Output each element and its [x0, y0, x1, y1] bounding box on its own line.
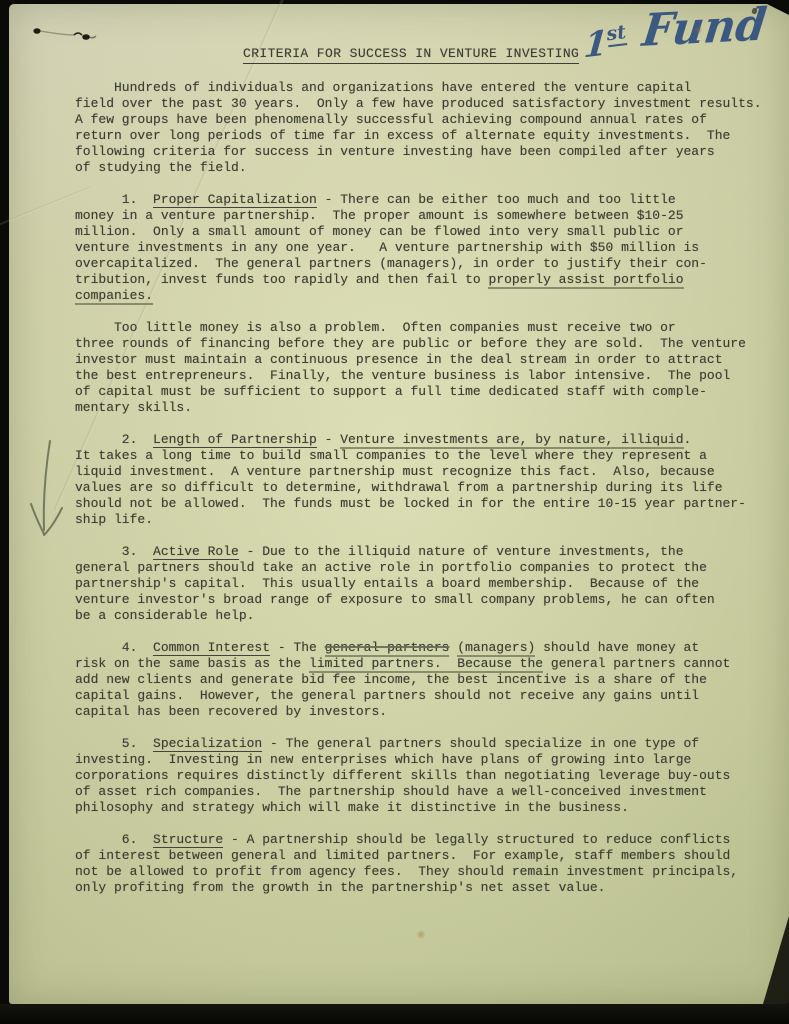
paragraph-item-6-structure: 6. Structure - A partnership should be l…: [75, 832, 783, 896]
annotated-text-segment: Venture investments are, by nature, illi…: [340, 432, 683, 449]
text-line: money in a venture partnership. The prop…: [75, 208, 783, 224]
text-segment: liquid investment. A venture partnership…: [75, 464, 715, 479]
text-line: should not be allowed. The funds must be…: [75, 496, 783, 512]
text-line: 1. Proper Capitalization - There can be …: [75, 192, 783, 208]
text-line: venture investments in any one year. A v…: [75, 240, 783, 256]
text-segment: - The: [270, 640, 325, 655]
text-line: A few groups have been phenomenally succ…: [75, 112, 783, 128]
text-segment: of interest between general and limited …: [75, 848, 730, 863]
text-segment: values are so difficult to determine, wi…: [75, 480, 723, 495]
text-line: risk on the same basis as the limited pa…: [75, 656, 783, 672]
paragraph-item-5-specialization: 5. Specialization - The general partners…: [75, 736, 783, 816]
text-segment: 2.: [75, 432, 153, 447]
text-segment: - A partnership should be legally struct…: [223, 832, 730, 847]
text-segment: venture investments in any one year. A v…: [75, 240, 699, 255]
text-line: partnership's capital. This usually enta…: [75, 576, 783, 592]
text-line: liquid investment. A venture partnership…: [75, 464, 783, 480]
text-segment: 5.: [75, 736, 153, 751]
scan-edge-bottom: [0, 1004, 789, 1024]
paragraph-item-4-common-interest: 4. Common Interest - The general partner…: [75, 640, 783, 720]
text-segment: mentary skills.: [75, 400, 192, 415]
text-line: investing. Investing in new enterprises …: [75, 752, 783, 768]
text-segment: of capital must be sufficient to support…: [75, 384, 707, 399]
text-segment: should have money at: [535, 640, 699, 655]
text-line: corporations requires distinctly differe…: [75, 768, 783, 784]
paragraph-item-3-active-role: 3. Active Role - Due to the illiquid nat…: [75, 544, 783, 624]
text-segment: -: [317, 432, 340, 447]
text-segment: - There can be either too much and too l…: [317, 192, 676, 207]
text-line: not be allowed to profit from agency fee…: [75, 864, 783, 880]
paragraph-item-2-length-of-partnership: 2. Length of Partnership - Venture inves…: [75, 432, 783, 528]
text-segment: corporations requires distinctly differe…: [75, 768, 730, 783]
text-segment: Hundreds of individuals and organization…: [75, 80, 691, 95]
text-segment: 6.: [75, 832, 153, 847]
text-line: philosophy and strategy which will make …: [75, 800, 783, 816]
text-segment: philosophy and strategy which will make …: [75, 800, 629, 815]
text-segment: Too little money is also a problem. Ofte…: [75, 320, 676, 335]
text-segment: return over long periods of time far in …: [75, 128, 730, 143]
annotated-text-segment: Proper Capitalization: [153, 192, 317, 208]
text-line: capital gains. However, the general part…: [75, 688, 783, 704]
text-line: following criteria for success in ventur…: [75, 144, 783, 160]
annotated-text-segment: Specialization: [153, 736, 262, 752]
text-line: mentary skills.: [75, 400, 783, 416]
text-segment: 3.: [75, 544, 153, 559]
annotated-text-segment: Common Interest: [153, 640, 270, 656]
text-line: venture investor's broad range of exposu…: [75, 592, 783, 608]
text-segment: of asset rich companies. The partnership…: [75, 784, 707, 799]
text-line: only profiting from the growth in the pa…: [75, 880, 783, 896]
text-line: general partners should take an active r…: [75, 560, 783, 576]
text-segment: be a considerable help.: [75, 608, 254, 623]
text-segment: only profiting from the growth in the pa…: [75, 880, 606, 895]
text-line: 3. Active Role - Due to the illiquid nat…: [75, 544, 783, 560]
text-line: Hundreds of individuals and organization…: [75, 80, 783, 96]
text-segment: investing. Investing in new enterprises …: [75, 752, 691, 767]
text-segment: three rounds of financing before they ar…: [75, 336, 746, 351]
text-segment: tribution, invest funds too rapidly and …: [75, 272, 488, 287]
annotated-text-segment: companies.: [75, 288, 153, 305]
handwritten-word: Fund: [640, 0, 770, 57]
text-segment: million. Only a small amount of money ca…: [75, 224, 684, 239]
text-line: of interest between general and limited …: [75, 848, 783, 864]
text-segment: capital gains. However, the general part…: [75, 688, 699, 703]
text-segment: risk on the same basis as the: [75, 656, 309, 671]
paragraph-intro: Hundreds of individuals and organization…: [75, 80, 783, 176]
text-line: field over the past 30 years. Only a few…: [75, 96, 783, 112]
staple-mark-icon: [30, 22, 102, 46]
text-segment: - Due to the illiquid nature of venture …: [239, 544, 684, 559]
text-line: It takes a long time to build small comp…: [75, 448, 783, 464]
text-segment: .: [684, 432, 692, 447]
text-segment: A few groups have been phenomenally succ…: [75, 112, 707, 127]
pencil-arrow-icon: [26, 438, 70, 556]
document-title: CRITERIA FOR SUCCESS IN VENTURE INVESTIN…: [243, 46, 579, 64]
annotated-text-segment: general partners: [325, 640, 450, 657]
text-line: companies.: [75, 288, 783, 304]
annotated-text-segment: limited partners. Because the: [309, 656, 543, 673]
text-segment: add new clients and generate bid fee inc…: [75, 672, 707, 687]
text-line: tribution, invest funds too rapidly and …: [75, 272, 783, 288]
text-line: 6. Structure - A partnership should be l…: [75, 832, 783, 848]
text-line: 5. Specialization - The general partners…: [75, 736, 783, 752]
scanned-document-page: { "colors":{"paper":"#d8dbae","type_ink"…: [0, 0, 789, 1024]
text-segment: capital has been recovered by investors.: [75, 704, 387, 719]
paragraph-item-1-proper-capitalization: 1. Proper Capitalization - There can be …: [75, 192, 783, 304]
text-segment: following criteria for success in ventur…: [75, 144, 715, 159]
text-segment: of studying the field.: [75, 160, 247, 175]
annotated-text-segment: (managers): [457, 640, 535, 657]
text-segment: - The general partners should specialize…: [262, 736, 699, 751]
text-segment: investor must maintain a continuous pres…: [75, 352, 723, 367]
document-body: CRITERIA FOR SUCCESS IN VENTURE INVESTIN…: [9, 4, 789, 912]
text-line: 4. Common Interest - The general partner…: [75, 640, 783, 656]
handwritten-number: 1: [582, 23, 609, 67]
text-line: add new clients and generate bid fee inc…: [75, 672, 783, 688]
text-segment: venture investor's broad range of exposu…: [75, 592, 715, 607]
text-segment: field over the past 30 years. Only a few…: [75, 96, 762, 111]
text-line: return over long periods of time far in …: [75, 128, 783, 144]
paragraph-too-little-money: Too little money is also a problem. Ofte…: [75, 320, 783, 416]
text-line: values are so difficult to determine, wi…: [75, 480, 783, 496]
text-segment: overcapitalized. The general partners (m…: [75, 256, 707, 271]
annotated-text-segment: Active Role: [153, 544, 239, 560]
text-line: of asset rich companies. The partnership…: [75, 784, 783, 800]
text-line: 2. Length of Partnership - Venture inves…: [75, 432, 783, 448]
text-segment: 1.: [75, 192, 153, 207]
annotated-text-segment: Structure: [153, 832, 223, 848]
text-segment: the best entrepreneurs. Finally, the ven…: [75, 368, 730, 383]
text-line: overcapitalized. The general partners (m…: [75, 256, 783, 272]
text-segment: general partners should take an active r…: [75, 560, 707, 575]
text-line: of studying the field.: [75, 160, 783, 176]
document-paragraphs: Hundreds of individuals and organization…: [75, 80, 783, 896]
text-line: million. Only a small amount of money ca…: [75, 224, 783, 240]
text-line: ship life.: [75, 512, 783, 528]
text-line: capital has been recovered by investors.: [75, 704, 783, 720]
text-line: Too little money is also a problem. Ofte…: [75, 320, 783, 336]
annotated-text-segment: properly assist portfolio: [488, 272, 683, 289]
text-line: be a considerable help.: [75, 608, 783, 624]
text-segment: It takes a long time to build small comp…: [75, 448, 707, 463]
text-line: investor must maintain a continuous pres…: [75, 352, 783, 368]
text-segment: partnership's capital. This usually enta…: [75, 576, 699, 591]
text-segment: 4.: [75, 640, 153, 655]
text-segment: general partners cannot: [543, 656, 730, 671]
text-segment: money in a venture partnership. The prop…: [75, 208, 684, 223]
text-line: of capital must be sufficient to support…: [75, 384, 783, 400]
annotated-text-segment: Length of Partnership: [153, 432, 317, 448]
text-line: three rounds of financing before they ar…: [75, 336, 783, 352]
text-segment: not be allowed to profit from agency fee…: [75, 864, 738, 879]
text-segment: ship life.: [75, 512, 153, 527]
text-segment: should not be allowed. The funds must be…: [75, 496, 746, 511]
text-line: the best entrepreneurs. Finally, the ven…: [75, 368, 783, 384]
